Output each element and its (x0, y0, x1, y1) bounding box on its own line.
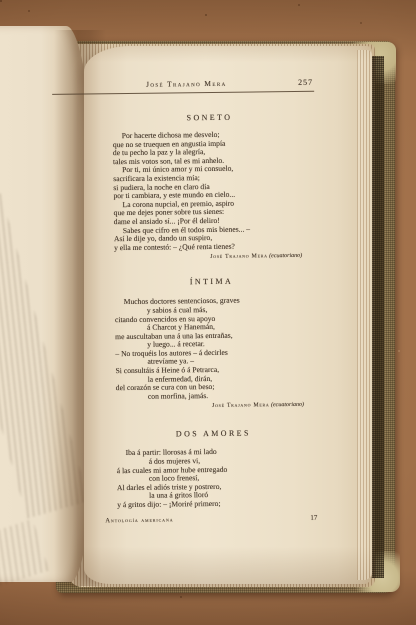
poem-signature: José Trajano Mera (ecuatoriano) (108, 402, 318, 412)
footer-series-title: Antología americana (105, 516, 173, 524)
running-header-author: José Trajano Mera (146, 79, 227, 89)
poems: SONETOPor hacerte dichosa me desvelo;que… (104, 112, 319, 510)
poem-title: DOS AMORES (108, 428, 318, 440)
poem-line: y á gritos dijo: – ¡Moriré primero; (117, 499, 319, 510)
poem-line: y ella me contestó: – ¿Qué renta tienes? (114, 241, 316, 252)
photo-of-open-book: José Trajano Mera 257 SONETOPor hacerte … (0, 0, 416, 625)
page-footer: Antología americana 17 (109, 513, 319, 524)
running-header: José Trajano Mera 257 (104, 78, 314, 91)
signature-origin: (ecuatoriano) (269, 402, 304, 408)
page-curl-edge (357, 50, 372, 580)
signature-author-name: José Trajano Mera (212, 403, 270, 410)
left-page-blurred-footer (0, 519, 49, 587)
poem-title: ÍNTIMA (106, 276, 316, 288)
signature-author-name: José Trajano Mera (210, 254, 268, 261)
header-rule (52, 91, 314, 95)
page-number: 257 (298, 78, 313, 87)
footer-signature-mark: 17 (310, 513, 317, 521)
poem-line: con morfina, jamás. (148, 391, 318, 402)
poem-signature: José Trajano Mera (ecuatoriano) (106, 253, 316, 263)
right-page: José Trajano Mera 257 SONETOPor hacerte … (84, 46, 372, 584)
page-text-block: José Trajano Mera 257 SONETOPor hacerte … (104, 78, 319, 524)
signature-origin: (ecuatoriano) (268, 253, 303, 259)
poem-title: SONETO (104, 112, 314, 124)
